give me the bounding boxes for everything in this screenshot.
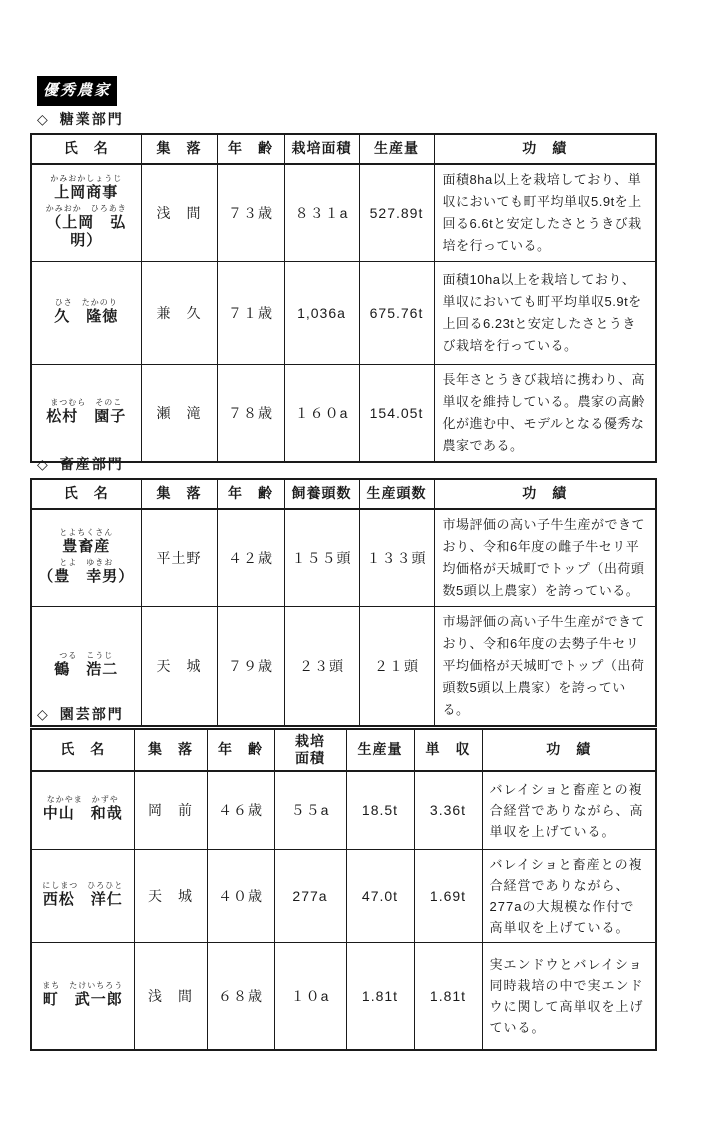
sugar-table: 氏 名 集 落 年 齢 栽培面積 生産量 功 績 かみおかしょうじ 上岡商事 か…: [30, 133, 657, 463]
area-cell: １０a: [274, 942, 346, 1050]
name-furigana: かみおかしょうじ: [34, 174, 139, 184]
name-text: （上岡 弘明）: [34, 214, 139, 252]
table-header-row: 氏 名 集 落 年 齢 栽培 面積 生産量 単 収 功 績: [31, 729, 656, 771]
livestock-table: 氏 名 集 落 年 齢 飼養頭数 生産頭数 功 績 とよちくさん 豊畜産 とよ …: [30, 478, 657, 727]
production-cell: 18.5t: [346, 771, 414, 849]
area-cell: ８３１a: [284, 164, 359, 262]
village-cell: 天 城: [134, 849, 207, 942]
table-row: とよちくさん 豊畜産 とよ ゆきお （豊 幸男） 平土野 ４２歳 １５５頭 １３…: [31, 509, 656, 607]
page-title: 優秀農家: [37, 76, 117, 106]
name-furigana: かみおか ひろあき: [34, 204, 139, 214]
area-cell: 1,036a: [284, 262, 359, 365]
production-cell: 527.89t: [359, 164, 434, 262]
area-cell: ５５a: [274, 771, 346, 849]
column-header-name: 氏 名: [31, 729, 134, 771]
table-row: なかやま かずや 中山 和哉 岡 前 ４６歳 ５５a 18.5t 3.36t バ…: [31, 771, 656, 849]
name-text: 豊畜産: [34, 538, 139, 557]
diamond-icon: ◇: [37, 706, 50, 722]
merit-cell: バレイショと畜産との複合経営でありながら、高単収を上げている。: [482, 771, 656, 849]
section-heading-horticulture: ◇園芸部門: [37, 704, 124, 724]
name-cell: とよちくさん 豊畜産 とよ ゆきお （豊 幸男）: [31, 509, 141, 607]
section-label: 園芸部門: [60, 706, 124, 722]
column-header-area: 栽培面積: [284, 134, 359, 164]
column-header-village: 集 落: [141, 479, 217, 509]
village-cell: 浅 間: [134, 942, 207, 1050]
merit-cell: 面積10ha以上を栽培しており、単収においても町平均単収5.9tを上回る6.23…: [434, 262, 656, 365]
heads-produced-cell: １３３頭: [359, 509, 434, 607]
table-header-row: 氏 名 集 落 年 齢 栽培面積 生産量 功 績: [31, 134, 656, 164]
yield-cell: 1.69t: [414, 849, 482, 942]
name-cell: にしまつ ひろひと 西松 洋仁: [31, 849, 134, 942]
production-cell: 154.05t: [359, 365, 434, 463]
age-cell: ４２歳: [217, 509, 284, 607]
name-furigana: まち たけいちろう: [34, 981, 132, 991]
table-row: かみおかしょうじ 上岡商事 かみおか ひろあき （上岡 弘明） 浅 間 ７３歳 …: [31, 164, 656, 262]
name-text: 鶴 浩二: [34, 661, 139, 680]
name-furigana: とよ ゆきお: [34, 558, 139, 568]
column-header-yield: 単 収: [414, 729, 482, 771]
table-header-row: 氏 名 集 落 年 齢 飼養頭数 生産頭数 功 績: [31, 479, 656, 509]
yield-cell: 3.36t: [414, 771, 482, 849]
name-furigana: とよちくさん: [34, 528, 139, 538]
name-furigana: つる こうじ: [34, 651, 139, 661]
table-row: にしまつ ひろひと 西松 洋仁 天 城 ４０歳 277a 47.0t 1.69t…: [31, 849, 656, 942]
village-cell: 天 城: [141, 607, 217, 727]
production-cell: 47.0t: [346, 849, 414, 942]
name-text: 松村 園子: [34, 408, 139, 427]
yield-cell: 1.81t: [414, 942, 482, 1050]
document-page: 優秀農家 ◇糖業部門 氏 名 集 落 年 齢 栽培面積 生産量 功 績 かみおか…: [0, 0, 726, 1123]
heads-raised-cell: １５５頭: [284, 509, 359, 607]
production-cell: 1.81t: [346, 942, 414, 1050]
production-cell: 675.76t: [359, 262, 434, 365]
name-cell: ひさ たかのり 久 隆徳: [31, 262, 141, 365]
age-cell: ４０歳: [207, 849, 274, 942]
column-header-village: 集 落: [141, 134, 217, 164]
diamond-icon: ◇: [37, 111, 50, 127]
column-header-age: 年 齢: [217, 479, 284, 509]
heads-produced-cell: ２１頭: [359, 607, 434, 727]
name-furigana: にしまつ ひろひと: [34, 881, 132, 891]
table-row: ひさ たかのり 久 隆徳 兼 久 ７１歳 1,036a 675.76t 面積10…: [31, 262, 656, 365]
column-header-merit: 功 績: [434, 134, 656, 164]
section-label: 糖業部門: [60, 111, 124, 127]
column-header-heads-produced: 生産頭数: [359, 479, 434, 509]
column-header-name: 氏 名: [31, 134, 141, 164]
age-cell: ７９歳: [217, 607, 284, 727]
table-row: まつむら そのこ 松村 園子 瀬 滝 ７８歳 １６０a 154.05t 長年さと…: [31, 365, 656, 463]
column-header-name: 氏 名: [31, 479, 141, 509]
age-cell: ６８歳: [207, 942, 274, 1050]
village-cell: 兼 久: [141, 262, 217, 365]
name-cell: かみおかしょうじ 上岡商事 かみおか ひろあき （上岡 弘明）: [31, 164, 141, 262]
name-text: 中山 和哉: [34, 805, 132, 824]
age-cell: ７３歳: [217, 164, 284, 262]
area-cell: 277a: [274, 849, 346, 942]
section-label: 畜産部門: [60, 456, 124, 472]
name-cell: なかやま かずや 中山 和哉: [31, 771, 134, 849]
diamond-icon: ◇: [37, 456, 50, 472]
column-header-village: 集 落: [134, 729, 207, 771]
column-header-production: 生産量: [359, 134, 434, 164]
village-cell: 瀬 滝: [141, 365, 217, 463]
village-cell: 岡 前: [134, 771, 207, 849]
column-header-area: 栽培 面積: [274, 729, 346, 771]
age-cell: ４６歳: [207, 771, 274, 849]
village-cell: 平土野: [141, 509, 217, 607]
column-header-merit: 功 績: [482, 729, 656, 771]
column-header-production: 生産量: [346, 729, 414, 771]
merit-cell: 市場評価の高い子牛生産ができており、令和6年度の雌子牛セリ平均価格が天城町でトッ…: [434, 509, 656, 607]
column-header-merit: 功 績: [434, 479, 656, 509]
merit-cell: バレイショと畜産との複合経営でありながら、277aの大規模な作付で高単収を上げて…: [482, 849, 656, 942]
name-cell: まち たけいちろう 町 武一郎: [31, 942, 134, 1050]
area-cell: １６０a: [284, 365, 359, 463]
name-text: （豊 幸男）: [34, 568, 139, 587]
name-text: 久 隆徳: [34, 308, 139, 327]
merit-cell: 面積8ha以上を栽培しており、単収においても町平均単収5.9tを上回る6.6tと…: [434, 164, 656, 262]
name-text: 上岡商事: [34, 184, 139, 203]
table-row: つる こうじ 鶴 浩二 天 城 ７９歳 ２３頭 ２１頭 市場評価の高い子牛生産が…: [31, 607, 656, 727]
name-furigana: ひさ たかのり: [34, 298, 139, 308]
column-header-heads-raised: 飼養頭数: [284, 479, 359, 509]
name-text: 町 武一郎: [34, 991, 132, 1010]
heads-raised-cell: ２３頭: [284, 607, 359, 727]
name-furigana: まつむら そのこ: [34, 398, 139, 408]
merit-cell: 市場評価の高い子牛生産ができており、令和6年度の去勢子牛セリ平均価格が天城町でト…: [434, 607, 656, 727]
age-cell: ７１歳: [217, 262, 284, 365]
column-header-age: 年 齢: [217, 134, 284, 164]
name-cell: まつむら そのこ 松村 園子: [31, 365, 141, 463]
village-cell: 浅 間: [141, 164, 217, 262]
horticulture-table: 氏 名 集 落 年 齢 栽培 面積 生産量 単 収 功 績 なかやま かずや 中…: [30, 728, 657, 1051]
name-furigana: なかやま かずや: [34, 795, 132, 805]
merit-cell: 実エンドウとバレイショ同時栽培の中で実エンドウに関して高単収を上げている。: [482, 942, 656, 1050]
merit-cell: 長年さとうきび栽培に携わり、高単収を維持している。農家の高齢化が進む中、モデルと…: [434, 365, 656, 463]
table-row: まち たけいちろう 町 武一郎 浅 間 ６８歳 １０a 1.81t 1.81t …: [31, 942, 656, 1050]
age-cell: ７８歳: [217, 365, 284, 463]
section-heading-livestock: ◇畜産部門: [37, 454, 124, 474]
name-text: 西松 洋仁: [34, 891, 132, 910]
column-header-age: 年 齢: [207, 729, 274, 771]
section-heading-sugar: ◇糖業部門: [37, 109, 124, 129]
